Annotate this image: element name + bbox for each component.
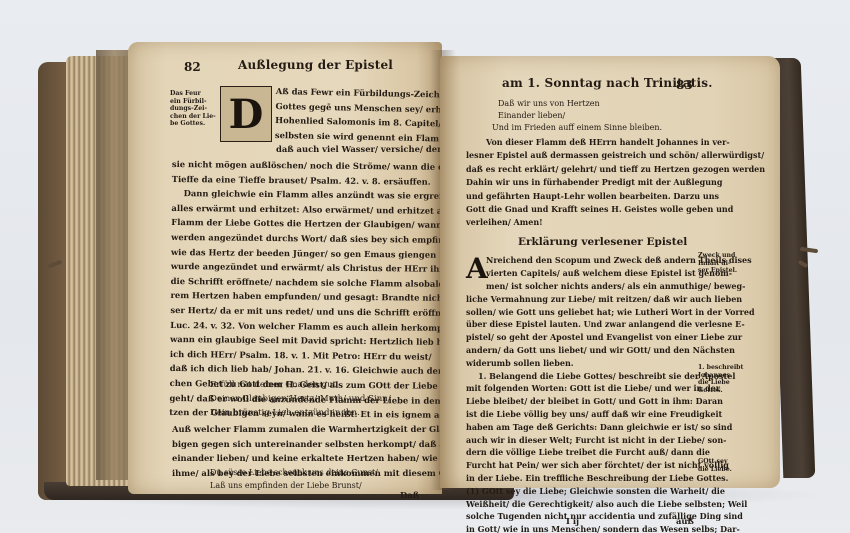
ornamental-drop-cap: D [220, 86, 272, 142]
page-number: 82 [184, 60, 201, 74]
margin-note-line: GOtt sey [698, 458, 732, 466]
margin-note-line: Johannes [698, 372, 743, 380]
margin-note-line: die Liebe. [698, 466, 732, 474]
text-line: Weißheit/ die Gerechtigkeit/ also auch d… [466, 498, 755, 511]
margin-note-line: Das Feur [170, 90, 216, 98]
drop-cap: A [466, 256, 486, 282]
verse-line: Deiner Glaubigen Hertz/ Muth/ und Sinn/ [210, 392, 391, 406]
text-line: Liebe bleibet/ der bleibet in Gott/ und … [466, 395, 755, 408]
verse-line: Einander lieben/ [498, 110, 662, 122]
margin-note: Das Feur ein Fürbil- dungs-Zei- chen der… [170, 90, 216, 128]
right-page: am 1. Sonntag nach Trinitatis. 83 Daß wi… [440, 56, 780, 488]
margin-note-line: be Gottes. [170, 120, 216, 128]
text-line: über diese Epistel lauten. Und zwar anla… [466, 318, 755, 331]
text-line: in der Liebe. Ein treffliche Beschreibun… [466, 472, 755, 485]
text-line: und gefährten Haupt-Lehr wollen bearbeit… [466, 190, 765, 203]
verse-line: Dein brünstig Lieb entzünd in ihn. [210, 406, 391, 420]
text-line: Von dieser Flamm deß HErrn handelt Johan… [466, 136, 765, 149]
text-block: Von dieser Flamm deß HErrn handelt Johan… [466, 136, 765, 230]
text-line: andern/ da Gott uns liebet/ und wir GOtt… [466, 344, 755, 357]
text-line: pistel/ so geht der Apostel und Evangeli… [466, 331, 755, 344]
margin-note-line: Zweck und [698, 252, 737, 260]
text-line: in Gott/ wie in uns Menschen/ sondern da… [466, 523, 755, 533]
section-title: Erklärung verlesener Epistel [518, 236, 687, 248]
text-line: haben am Tage deß Gerichts: Dann gleichw… [466, 421, 755, 434]
text-line: lesner Epistel auß dermassen geistreich … [466, 149, 765, 162]
page-number: 83 [676, 78, 693, 92]
margin-note: 1. beschreibt Johannes die Liebe Gottes. [698, 364, 743, 394]
text-line: liche Vermahnung zur Liebe/ mit reitzen/… [466, 293, 755, 306]
text-line: sollen/ wie Gott uns geliebet hat; wie L… [466, 306, 755, 319]
signature-mark: I ij [566, 514, 579, 529]
running-head: Außlegung der Epistel [238, 58, 393, 72]
text-line: ist die Liebe völlig bey uns/ auff daß w… [466, 408, 755, 421]
margin-note-line: ein Fürbil- [170, 98, 216, 106]
verse-line: Laß uns empfinden der Liebe Brunst/ [210, 479, 378, 492]
verse-line: Daß wir uns von Hertzen [498, 98, 662, 110]
margin-note-line: ser Epistel. [698, 267, 737, 275]
text-line: auch wir in dieser Welt; Furcht ist nich… [466, 434, 755, 447]
margin-note-line: 1. beschreibt [698, 364, 743, 372]
margin-note: GOtt sey die Liebe. [698, 458, 732, 473]
text-line: daß es recht erklärt/ gelehrt/ und tieff… [466, 163, 765, 176]
margin-note-line: chen der Lie- [170, 113, 216, 121]
text-line: verleihen/ Amen! [466, 216, 765, 229]
hymn-verse: Erfüll mit deiner Gnaden gut Deiner Glau… [210, 378, 391, 420]
text-block: men/ ist solcher nichts anders/ als ein … [466, 280, 755, 533]
margin-note-line: die Liebe [698, 379, 743, 387]
hymn-verse: Du süsse Liebe schenck uns deine Gunst/ … [210, 466, 378, 492]
verse-line: Du süsse Liebe schenck uns deine Gunst/ [210, 466, 378, 479]
verse-line: Erfüll mit deiner Gnaden gut [210, 378, 391, 392]
catchword: Daß [400, 488, 419, 503]
catchword: auß [676, 514, 694, 529]
text-line: Dahin wir uns in fürhabender Predigt mit… [466, 176, 765, 189]
left-page: 82 Außlegung der Epistel Das Feur ein Fü… [128, 42, 442, 494]
margin-note-line: Gottes. [698, 387, 743, 395]
text-line: solche Tugenden nicht nur accidentia und… [466, 510, 755, 523]
page-stack-edge [96, 50, 132, 480]
text-line: men/ ist solcher nichts anders/ als ein … [466, 280, 755, 293]
verse-line: Und im Frieden auff einem Sinne bleiben. [492, 122, 662, 134]
text-line: Gott die Gnad und Krafft seines H. Geist… [466, 203, 765, 216]
margin-note-line: Inhalt di- [698, 260, 737, 268]
margin-note-line: dungs-Zei- [170, 105, 216, 113]
margin-note: Zweck und Inhalt di- ser Epistel. [698, 252, 737, 275]
hymn-verse: Daß wir uns von Hertzen Einander lieben/… [498, 98, 662, 134]
text-line: (1) GOtt sey die Liebe; Gleichwie sonste… [466, 485, 755, 498]
